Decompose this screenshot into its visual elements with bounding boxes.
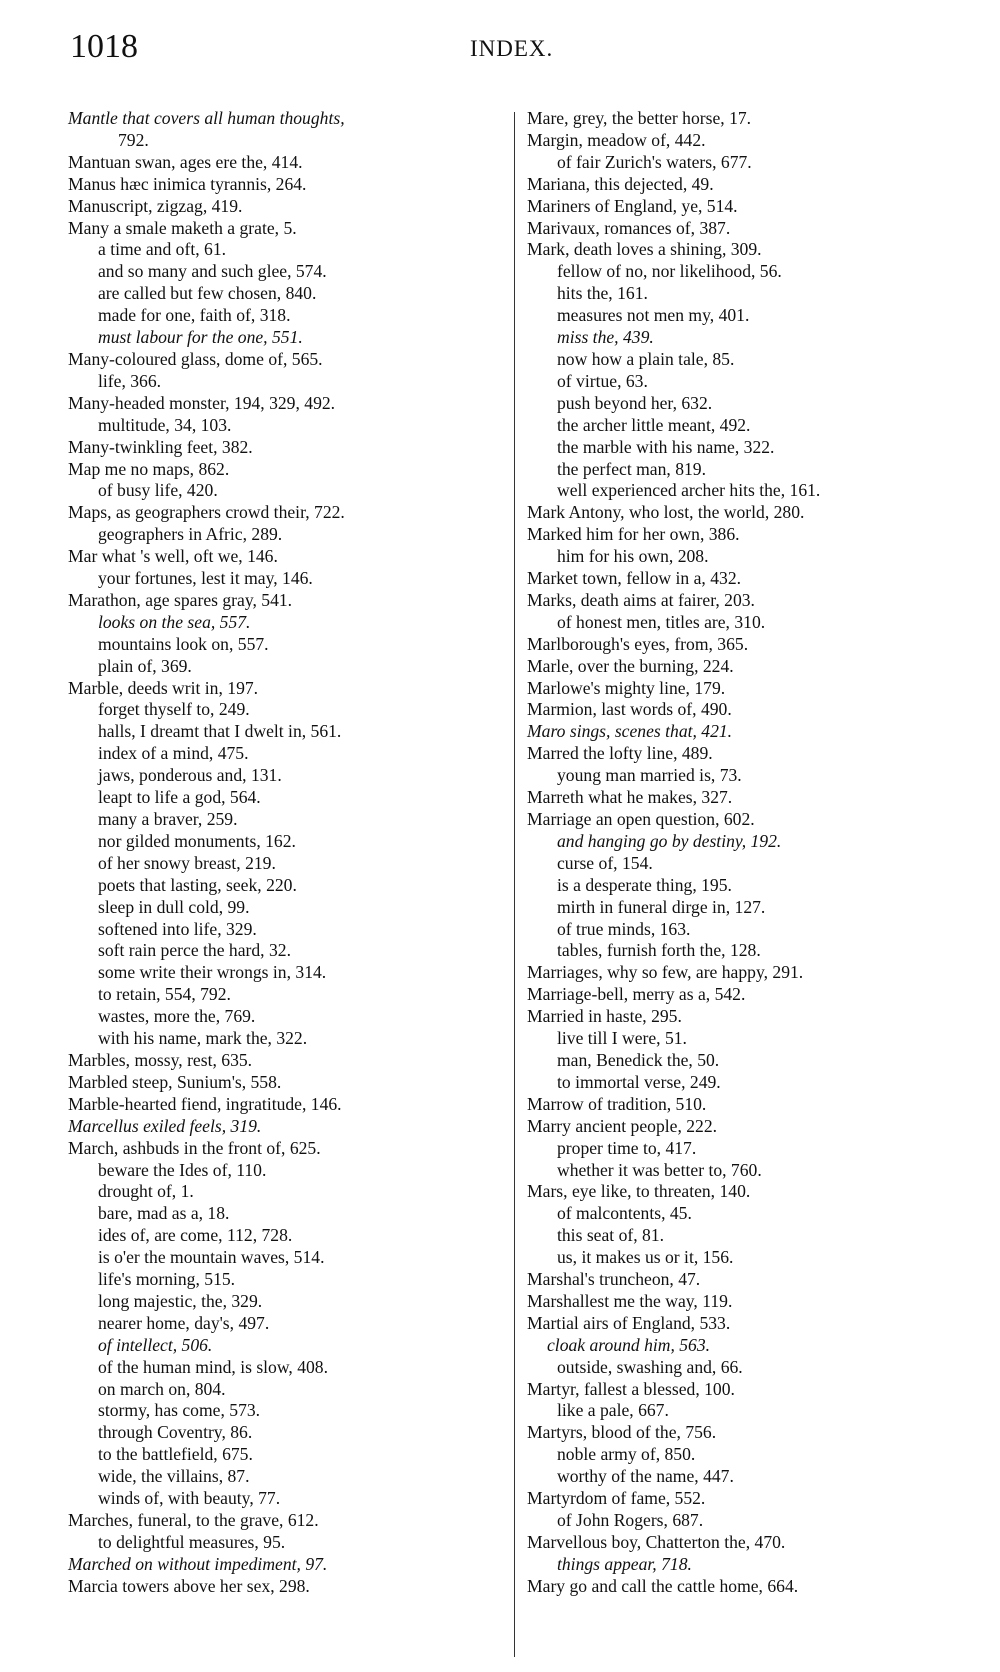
index-entry: Margin, meadow of, 442.: [527, 130, 967, 152]
index-entry: Married in haste, 295.: [527, 1006, 967, 1028]
index-subentry: index of a mind, 475.: [68, 743, 508, 765]
index-entry: Marriage an open question, 602.: [527, 809, 967, 831]
index-subentry: winds of, with beauty, 77.: [68, 1488, 508, 1510]
index-subentry: softened into life, 329.: [68, 919, 508, 941]
index-subentry: cloak around him, 563.: [527, 1335, 967, 1357]
index-subentry: now how a plain tale, 85.: [527, 349, 967, 371]
index-entry: Mars, eye like, to threaten, 140.: [527, 1181, 967, 1203]
index-subentry: man, Benedick the, 50.: [527, 1050, 967, 1072]
index-entry: Marcellus exiled feels, 319.: [68, 1116, 508, 1138]
index-subentry: wastes, more the, 769.: [68, 1006, 508, 1028]
index-entry: Mare, grey, the better horse, 17.: [527, 108, 967, 130]
index-subentry: sleep in dull cold, 99.: [68, 897, 508, 919]
index-entry: Manus hæc inimica tyrannis, 264.: [68, 174, 508, 196]
index-entry: Marathon, age spares gray, 541.: [68, 590, 508, 612]
index-subentry: measures not men my, 401.: [527, 305, 967, 327]
index-entry: Mar what 's well, oft we, 146.: [68, 546, 508, 568]
index-subentry: of her snowy breast, 219.: [68, 853, 508, 875]
index-entry: Marrow of tradition, 510.: [527, 1094, 967, 1116]
index-subentry: of honest men, titles are, 310.: [527, 612, 967, 634]
index-entry: Many a smale maketh a grate, 5.: [68, 218, 508, 240]
index-subentry: is o'er the mountain waves, 514.: [68, 1247, 508, 1269]
index-subentry: of intellect, 506.: [68, 1335, 508, 1357]
index-subentry: him for his own, 208.: [527, 546, 967, 568]
index-subentry: the archer little meant, 492.: [527, 415, 967, 437]
index-column-right: Mare, grey, the better horse, 17.Margin,…: [527, 108, 967, 1598]
index-entry: Marvellous boy, Chatterton the, 470.: [527, 1532, 967, 1554]
index-subentry: worthy of the name, 447.: [527, 1466, 967, 1488]
index-subentry: nearer home, day's, 497.: [68, 1313, 508, 1335]
index-subentry: to the battlefield, 675.: [68, 1444, 508, 1466]
index-subentry: wide, the villains, 87.: [68, 1466, 508, 1488]
index-subentry: life, 366.: [68, 371, 508, 393]
index-entry: Mantle that covers all human thoughts,: [68, 108, 508, 130]
index-subentry: long majestic, the, 329.: [68, 1291, 508, 1313]
index-entry: Maro sings, scenes that, 421.: [527, 721, 967, 743]
index-subentry: of John Rogers, 687.: [527, 1510, 967, 1532]
index-subentry: poets that lasting, seek, 220.: [68, 875, 508, 897]
index-entry: Martyr, fallest a blessed, 100.: [527, 1379, 967, 1401]
index-entry: Marbles, mossy, rest, 635.: [68, 1050, 508, 1072]
index-entry: Marlowe's mighty line, 179.: [527, 678, 967, 700]
index-entry: Marmion, last words of, 490.: [527, 699, 967, 721]
index-subentry: noble army of, 850.: [527, 1444, 967, 1466]
index-entry: Marbled steep, Sunium's, 558.: [68, 1072, 508, 1094]
index-subentry: some write their wrongs in, 314.: [68, 962, 508, 984]
index-subentry: life's morning, 515.: [68, 1269, 508, 1291]
index-entry: Mantuan swan, ages ere the, 414.: [68, 152, 508, 174]
index-subentry: like a pale, 667.: [527, 1400, 967, 1422]
index-entry: Manuscript, zigzag, 419.: [68, 196, 508, 218]
index-entry: Marched on without impediment, 97.: [68, 1554, 508, 1576]
index-subentry: made for one, faith of, 318.: [68, 305, 508, 327]
index-entry: Market town, fellow in a, 432.: [527, 568, 967, 590]
index-entry: Many-twinkling feet, 382.: [68, 437, 508, 459]
index-entry: March, ashbuds in the front of, 625.: [68, 1138, 508, 1160]
index-entry: Martyrdom of fame, 552.: [527, 1488, 967, 1510]
index-entry: Maps, as geographers crowd their, 722.: [68, 502, 508, 524]
index-subentry: of malcontents, 45.: [527, 1203, 967, 1225]
index-entry: Marreth what he makes, 327.: [527, 787, 967, 809]
index-subentry: of true minds, 163.: [527, 919, 967, 941]
index-subentry: geographers in Afric, 289.: [68, 524, 508, 546]
index-subentry: beware the Ides of, 110.: [68, 1160, 508, 1182]
index-subentry: hits the, 161.: [527, 283, 967, 305]
index-subentry: your fortunes, lest it may, 146.: [68, 568, 508, 590]
index-subentry: soft rain perce the hard, 32.: [68, 940, 508, 962]
column-divider: [514, 112, 515, 1657]
index-entry: Marcia towers above her sex, 298.: [68, 1576, 508, 1598]
index-subentry: forget thyself to, 249.: [68, 699, 508, 721]
index-subentry: jaws, ponderous and, 131.: [68, 765, 508, 787]
index-subentry: many a braver, 259.: [68, 809, 508, 831]
index-subentry: through Coventry, 86.: [68, 1422, 508, 1444]
page-title: INDEX.: [470, 36, 553, 62]
index-entry: Marshal's truncheon, 47.: [527, 1269, 967, 1291]
index-entry: Map me no maps, 862.: [68, 459, 508, 481]
index-column-left: Mantle that covers all human thoughts,79…: [68, 108, 508, 1598]
index-entry: Many-headed monster, 194, 329, 492.: [68, 393, 508, 415]
index-entry: Marble, deeds writ in, 197.: [68, 678, 508, 700]
index-subentry: tables, furnish forth the, 128.: [527, 940, 967, 962]
index-subentry: looks on the sea, 557.: [68, 612, 508, 634]
index-subentry: the perfect man, 819.: [527, 459, 967, 481]
index-subentry: well experienced archer hits the, 161.: [527, 480, 967, 502]
index-subentry: fellow of no, nor likelihood, 56.: [527, 261, 967, 283]
index-entry: Marlborough's eyes, from, 365.: [527, 634, 967, 656]
index-subentry: to immortal verse, 249.: [527, 1072, 967, 1094]
index-subentry: is a desperate thing, 195.: [527, 875, 967, 897]
index-entry: Marriages, why so few, are happy, 291.: [527, 962, 967, 984]
index-subentry: of virtue, 63.: [527, 371, 967, 393]
index-subentry: must labour for the one, 551.: [68, 327, 508, 349]
index-entry: Marred the lofty line, 489.: [527, 743, 967, 765]
index-subentry: and hanging go by destiny, 192.: [527, 831, 967, 853]
index-subentry: the marble with his name, 322.: [527, 437, 967, 459]
index-subentry: live till I were, 51.: [527, 1028, 967, 1050]
index-subentry: drought of, 1.: [68, 1181, 508, 1203]
index-subentry: us, it makes us or it, 156.: [527, 1247, 967, 1269]
index-entry: Marriage-bell, merry as a, 542.: [527, 984, 967, 1006]
index-subentry: ides of, are come, 112, 728.: [68, 1225, 508, 1247]
index-subentry: push beyond her, 632.: [527, 393, 967, 415]
index-subentry: outside, swashing and, 66.: [527, 1357, 967, 1379]
index-subentry: are called but few chosen, 840.: [68, 283, 508, 305]
index-entry: Marivaux, romances of, 387.: [527, 218, 967, 240]
index-subentry: stormy, has come, 573.: [68, 1400, 508, 1422]
index-subentry: of the human mind, is slow, 408.: [68, 1357, 508, 1379]
index-subentry: with his name, mark the, 322.: [68, 1028, 508, 1050]
index-subentry: of busy life, 420.: [68, 480, 508, 502]
index-subentry: a time and oft, 61.: [68, 239, 508, 261]
index-subentry: this seat of, 81.: [527, 1225, 967, 1247]
index-entry: Marshallest me the way, 119.: [527, 1291, 967, 1313]
index-subentry: things appear, 718.: [527, 1554, 967, 1576]
index-entry: Mary go and call the cattle home, 664.: [527, 1576, 967, 1598]
index-subentry: young man married is, 73.: [527, 765, 967, 787]
index-subentry: mountains look on, 557.: [68, 634, 508, 656]
page-number: 1018: [70, 28, 138, 66]
index-subentry: 792.: [68, 130, 508, 152]
index-subentry: and so many and such glee, 574.: [68, 261, 508, 283]
index-subentry: proper time to, 417.: [527, 1138, 967, 1160]
index-entry: Mark, death loves a shining, 309.: [527, 239, 967, 261]
index-entry: Marle, over the burning, 224.: [527, 656, 967, 678]
index-entry: Marks, death aims at fairer, 203.: [527, 590, 967, 612]
index-entry: Mariners of England, ye, 514.: [527, 196, 967, 218]
index-subentry: to retain, 554, 792.: [68, 984, 508, 1006]
index-subentry: nor gilded monuments, 162.: [68, 831, 508, 853]
index-subentry: halls, I dreamt that I dwelt in, 561.: [68, 721, 508, 743]
index-entry: Mark Antony, who lost, the world, 280.: [527, 502, 967, 524]
index-subentry: to delightful measures, 95.: [68, 1532, 508, 1554]
index-entry: Marked him for her own, 386.: [527, 524, 967, 546]
index-entry: Martial airs of England, 533.: [527, 1313, 967, 1335]
index-subentry: bare, mad as a, 18.: [68, 1203, 508, 1225]
index-subentry: curse of, 154.: [527, 853, 967, 875]
index-entry: Many-coloured glass, dome of, 565.: [68, 349, 508, 371]
index-subentry: miss the, 439.: [527, 327, 967, 349]
index-subentry: mirth in funeral dirge in, 127.: [527, 897, 967, 919]
index-entry: Marches, funeral, to the grave, 612.: [68, 1510, 508, 1532]
index-subentry: whether it was better to, 760.: [527, 1160, 967, 1182]
index-subentry: multitude, 34, 103.: [68, 415, 508, 437]
index-entry: Martyrs, blood of the, 756.: [527, 1422, 967, 1444]
index-subentry: on march on, 804.: [68, 1379, 508, 1401]
index-entry: Marry ancient people, 222.: [527, 1116, 967, 1138]
index-subentry: plain of, 369.: [68, 656, 508, 678]
index-subentry: leapt to life a god, 564.: [68, 787, 508, 809]
index-entry: Mariana, this dejected, 49.: [527, 174, 967, 196]
index-subentry: of fair Zurich's waters, 677.: [527, 152, 967, 174]
index-entry: Marble-hearted fiend, ingratitude, 146.: [68, 1094, 508, 1116]
